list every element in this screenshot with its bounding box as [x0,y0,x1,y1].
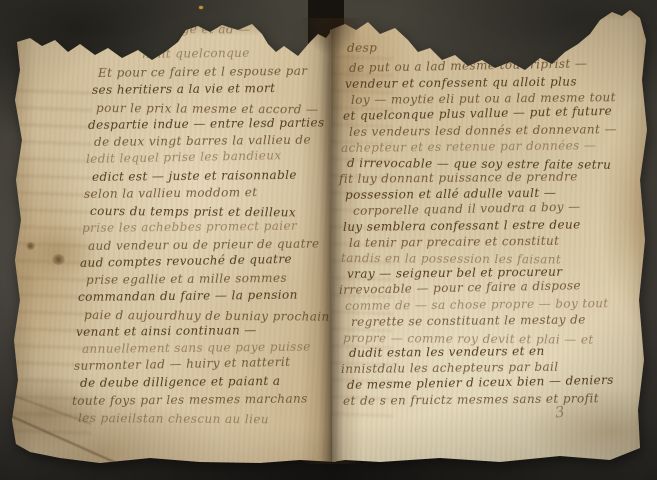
manuscript-line: de deube dilligence et paiant a [80,374,281,390]
manuscript-line: luy semblera confessant l estre deue [343,218,581,234]
manuscript-line: de put ou a lad mesme tout riprist — [349,56,587,75]
manuscript-line: la tenir par precaire et constitut [349,234,559,250]
manuscript-line: et quelconque plus vallue — put et futur… [343,104,612,123]
manuscript-line: desp [347,41,377,55]
manuscript-line: paie d aujourdhuy de buniay prochain [84,308,330,324]
manuscript-line: pour le prix la mesme et accord — [96,101,319,117]
manuscript-line: aud vendeur ou de prieur de quatre [88,237,320,253]
manuscript-line: de mesme plenier d iceux bien — deniers [347,373,614,392]
manuscript-line: de deux vingt barres la vallieu de [94,133,311,149]
manuscript-line: irrevocable — pour ce faire a dispose [339,278,581,297]
manuscript-line: aud comptes revouché de quatre [80,252,292,270]
manuscript-line: regrette se constituant le mestay de [351,313,586,329]
page-left-shadow: arge et ad — nant quelconque Et pour ce … [10,20,336,466]
manuscript-line: prise egallie et a mille sommes [86,271,287,287]
manuscript-line: ses heritiers a la vie et mort [92,81,275,97]
manuscript-line: dudit estan les vendeurs et en [349,344,545,360]
manuscript-line: arge et ad — [168,22,251,37]
ink-blot [52,254,65,265]
manuscript-line: edict est — juste et raisonnable [92,168,297,184]
manuscript-line: selon la vallieu moddom et [84,185,258,201]
manuscript-line: achepteur et es retenue par données — [341,138,596,155]
manuscript-line: du [343,13,359,27]
manuscript-line: despartie indue — entre lesd parties [88,116,325,132]
manuscript-line: surmonter lad — huiry et natterit [74,355,291,373]
manuscript-line: nant quelconque [142,46,250,61]
manuscript-line: fit luy donnant puissance de prendre [339,169,578,186]
manuscript-line: vendeur et confessent qu alloit plus [345,75,577,91]
ink-blot [26,242,35,250]
manuscript-line: venant et ainsi continuan — [76,323,257,339]
dust-speck [199,6,203,9]
page-right: du desp de put ou a lad mesme tout ripri… [323,3,653,468]
manuscript-line: annuellement sans que paye puisse [82,340,311,356]
manuscript-line: cours du temps prist et deilleux [90,204,296,219]
manuscript-line: ledit lequel prise les bandieux [86,148,282,166]
archive-photo-background: arge et ad — nant quelconque Et pour ce … [0,0,657,480]
manuscript-line: Et pour ce faire et l espouse par [98,64,308,80]
manuscript-line: corporelle quand il voudra a boy — [353,200,581,218]
page-left: arge et ad — nant quelconque Et pour ce … [10,20,336,466]
manuscript-line: comme de — sa chose propre — boy tout [345,296,609,313]
page-right-shadow: du desp de put ou a lad mesme tout ripri… [323,3,653,468]
manuscript-line: possession et allé adulle vault — [345,186,556,202]
manuscript-line: prise les achebbes promect paier [82,219,297,235]
manuscript-line: les vendeurs lesd donnés et donnevant — [349,122,617,139]
manuscript-line: toute foys par les mesmes marchans [72,392,308,408]
manuscript-line: les paieilstan chescun au lieu [78,411,269,426]
manuscript-line: commandan du faire — la pension [78,288,298,304]
